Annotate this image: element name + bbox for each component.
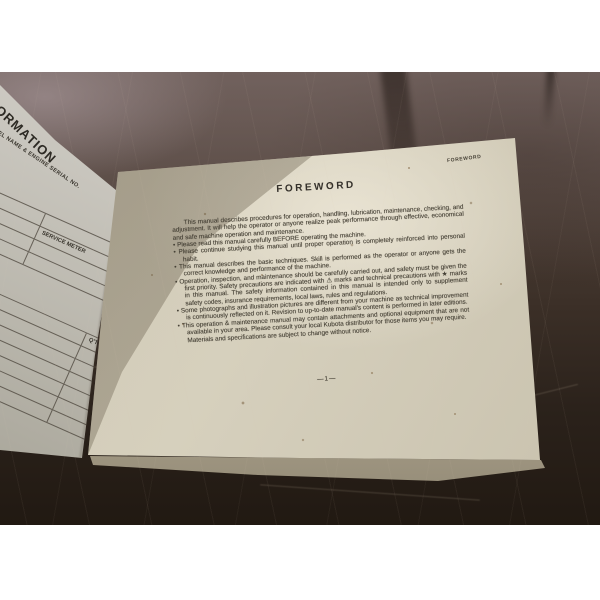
wood-grain-streak (543, 72, 555, 128)
wood-scratch (260, 484, 480, 500)
photo-frame: INFORMATION E MODEL NAME & ENGINE SERIAL… (0, 0, 600, 600)
manual-photo: INFORMATION E MODEL NAME & ENGINE SERIAL… (0, 72, 600, 525)
foreword-bullet-list: Please read this manual carefully BEFORE… (173, 226, 470, 338)
foreword-content: FOREWORD This manual describes procedure… (170, 174, 473, 391)
corner-tab-label: FOREWORD (447, 154, 482, 164)
foreword-heading: FOREWORD (170, 174, 462, 201)
foreword-body: This manual describes procedures for ope… (172, 204, 473, 391)
page-number: —1— (181, 367, 473, 391)
